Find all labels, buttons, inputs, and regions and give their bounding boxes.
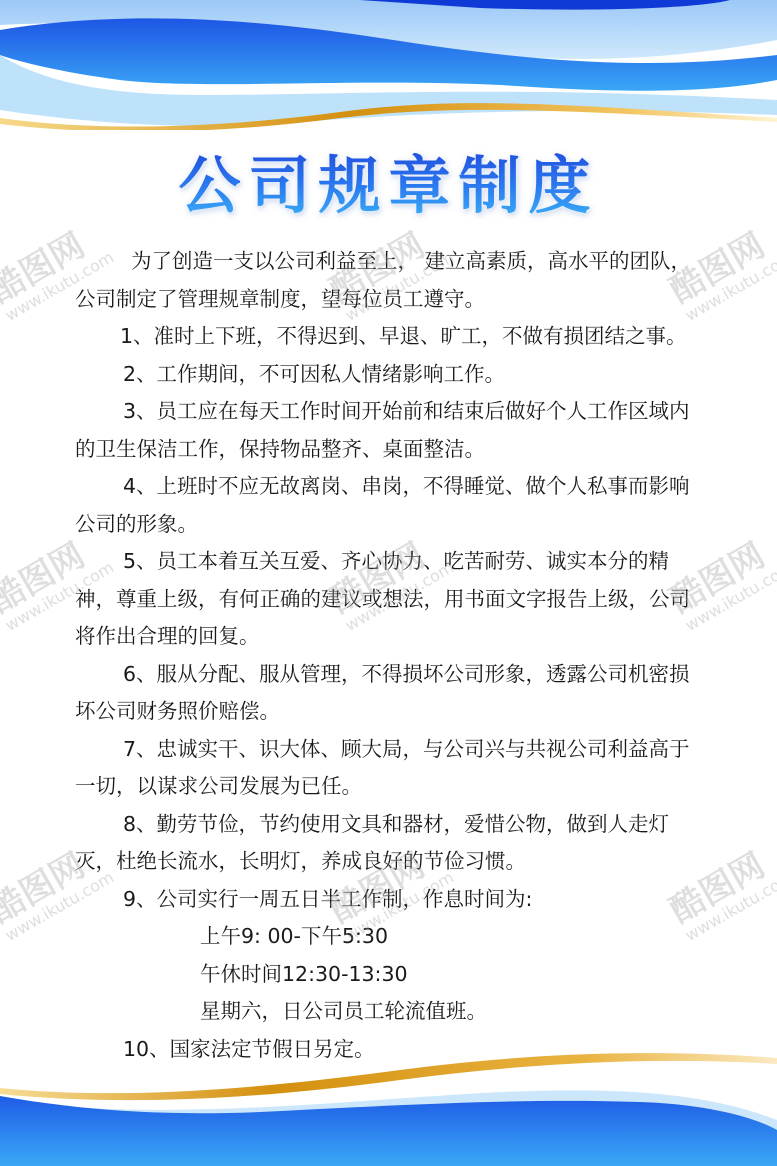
page-title: 公司规章制度	[0, 136, 777, 225]
rule-item: 6、服从分配、服从管理，不得损坏公司形象，透露公司机密损坏公司财务照价赔偿。	[75, 656, 705, 731]
rule-item: 8、勤劳节俭，节约使用文具和器材，爱惜公物，做到人走灯灭，杜绝长流水，长明灯，养…	[75, 806, 705, 881]
schedule-line: 星期六，日公司员工轮流值班。	[75, 993, 705, 1031]
rules-document: 为了创造一支以公司利益至上， 建立高素质，高水平的团队，公司制定了管理规章制度，…	[75, 243, 705, 1068]
rule-item: 2、工作期间，不可因私人情绪影响工作。	[75, 356, 705, 394]
rule-item: 3、员工应在每天工作时间开始前和结束后做好个人工作区域内的卫生保洁工作，保持物品…	[75, 393, 705, 468]
top-wave-decoration	[0, 0, 777, 130]
schedule-line: 上午9: 00-下午5:30	[75, 918, 705, 956]
bottom-wave-decoration	[0, 1030, 777, 1166]
schedule-line: 午休时间12:30-13:30	[75, 956, 705, 994]
rule-item: 5、员工本着互关互爱、齐心协力、吃苦耐劳、诚实本分的精神，尊重上级，有何正确的建…	[75, 543, 705, 656]
intro-paragraph: 为了创造一支以公司利益至上， 建立高素质，高水平的团队，公司制定了管理规章制度，…	[75, 243, 705, 318]
rule-item: 9、公司实行一周五日半工作制，作息时间为:	[75, 881, 705, 919]
rule-item: 7、忠诚实干、识大体、顾大局，与公司兴与共视公司利益高于一切，以谋求公司发展为已…	[75, 731, 705, 806]
rule-item: 1、准时上下班，不得迟到、早退、旷工，不做有损团结之事。	[75, 318, 705, 356]
rule-item: 4、上班时不应无故离岗、串岗，不得睡觉、做个人私事而影响公司的形象。	[75, 468, 705, 543]
